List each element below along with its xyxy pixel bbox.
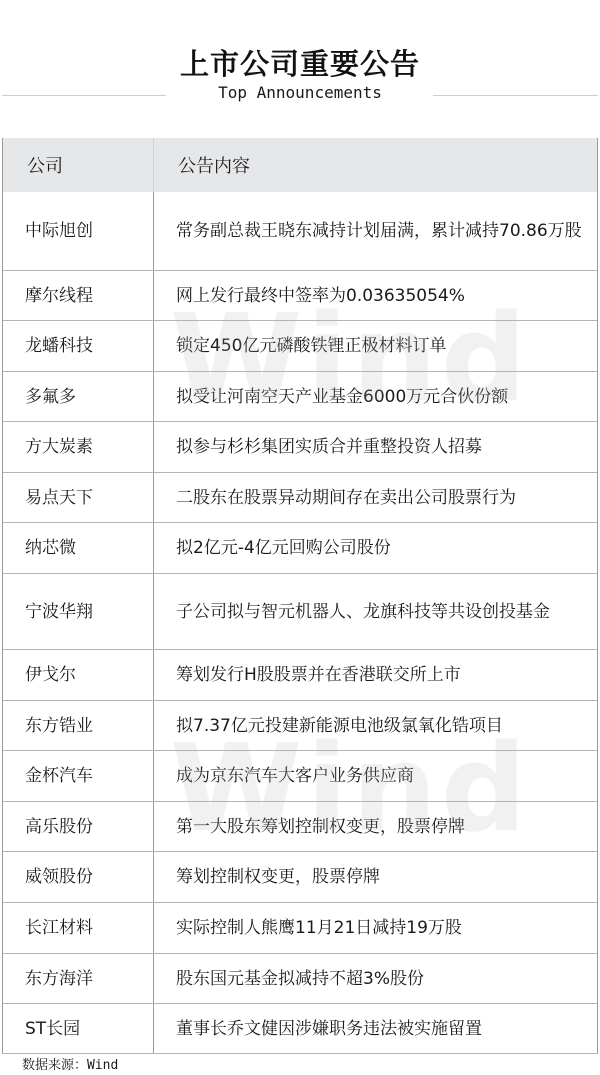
company-name: 龙蟠科技	[3, 321, 154, 371]
table-row: 易点天下二股东在股票异动期间存在卖出公司股票行为	[3, 473, 597, 523]
company-name: 摩尔线程	[3, 271, 154, 320]
title-block: 上市公司重要公告 Top Announcements	[0, 0, 600, 138]
table-row: 高乐股份第一大股东筹划控制权变更，股票停牌	[3, 802, 597, 852]
announcement-content: 董事长乔文健因涉嫌职务违法被实施留置	[154, 1004, 597, 1053]
table-row: 多氟多拟受让河南空天产业基金6000万元合伙份额	[3, 372, 597, 422]
source-label: 数据来源：	[22, 1058, 87, 1073]
announcement-content: 二股东在股票异动期间存在卖出公司股票行为	[154, 473, 597, 522]
table-row: 伊戈尔筹划发行H股股票并在香港联交所上市	[3, 650, 597, 701]
table-row: 龙蟠科技锁定450亿元磷酸铁锂正极材料订单	[3, 321, 597, 372]
company-name: 易点天下	[3, 473, 154, 522]
company-name: 东方锆业	[3, 701, 154, 750]
table-row: 方大炭素拟参与杉杉集团实质合并重整投资人招募	[3, 422, 597, 473]
announcement-content: 筹划控制权变更，股票停牌	[154, 852, 597, 902]
announcements-table: 公司 公告内容 中际旭创常务副总裁王晓东减持计划届满，累计减持70.86万股摩尔…	[2, 138, 598, 1054]
company-name: 金杯汽车	[3, 751, 154, 801]
table-row: ST长园董事长乔文健因涉嫌职务违法被实施留置	[3, 1004, 597, 1054]
data-source-note: 数据来源：Wind	[22, 1054, 118, 1073]
announcement-content: 拟参与杉杉集团实质合并重整投资人招募	[154, 422, 597, 472]
announcement-content: 成为京东汽车大客户业务供应商	[154, 751, 597, 801]
table-row: 纳芯微拟2亿元-4亿元回购公司股份	[3, 523, 597, 574]
announcement-content: 股东国元基金拟减持不超3%股份	[154, 954, 597, 1003]
table-row: 威领股份筹划控制权变更，股票停牌	[3, 852, 597, 903]
column-header-company: 公司	[3, 138, 154, 192]
company-name: 中际旭创	[3, 192, 154, 270]
table-row: 长江材料实际控制人熊鹰11月21日减持19万股	[3, 903, 597, 954]
table-header: 公司 公告内容	[3, 138, 597, 192]
company-name: 方大炭素	[3, 422, 154, 472]
table-row: 东方锆业拟7.37亿元投建新能源电池级氯氧化锆项目	[3, 701, 597, 751]
column-header-content: 公告内容	[154, 138, 597, 192]
source-value: Wind	[87, 1058, 118, 1073]
page-subtitle: Top Announcements	[0, 83, 600, 102]
company-name: 长江材料	[3, 903, 154, 953]
announcement-content: 拟2亿元-4亿元回购公司股份	[154, 523, 597, 573]
page-title: 上市公司重要公告	[0, 42, 600, 83]
company-name: 威领股份	[3, 852, 154, 902]
announcement-content: 常务副总裁王晓东减持计划届满，累计减持70.86万股	[154, 192, 597, 270]
announcement-content: 拟受让河南空天产业基金6000万元合伙份额	[154, 372, 597, 421]
company-name: 伊戈尔	[3, 650, 154, 700]
announcement-content: 筹划发行H股股票并在香港联交所上市	[154, 650, 597, 700]
announcement-content: 锁定450亿元磷酸铁锂正极材料订单	[154, 321, 597, 371]
company-name: 高乐股份	[3, 802, 154, 851]
company-name: 东方海洋	[3, 954, 154, 1003]
table-row: 摩尔线程网上发行最终中签率为0.03635054%	[3, 271, 597, 321]
announcement-content: 子公司拟与智元机器人、龙旗科技等共设创投基金	[154, 574, 597, 649]
announcement-content: 拟7.37亿元投建新能源电池级氯氧化锆项目	[154, 701, 597, 750]
announcement-content: 第一大股东筹划控制权变更，股票停牌	[154, 802, 597, 851]
table-row: 东方海洋股东国元基金拟减持不超3%股份	[3, 954, 597, 1004]
company-name: 宁波华翔	[3, 574, 154, 649]
announcement-content: 实际控制人熊鹰11月21日减持19万股	[154, 903, 597, 953]
announcement-content: 网上发行最终中签率为0.03635054%	[154, 271, 597, 320]
company-name: 多氟多	[3, 372, 154, 421]
table-row: 中际旭创常务副总裁王晓东减持计划届满，累计减持70.86万股	[3, 192, 597, 271]
table-row: 宁波华翔子公司拟与智元机器人、龙旗科技等共设创投基金	[3, 574, 597, 650]
company-name: 纳芯微	[3, 523, 154, 573]
table-body: 中际旭创常务副总裁王晓东减持计划届满，累计减持70.86万股摩尔线程网上发行最终…	[3, 192, 597, 1054]
company-name: ST长园	[3, 1004, 154, 1053]
title-divider-right	[433, 95, 598, 96]
table-row: 金杯汽车成为京东汽车大客户业务供应商	[3, 751, 597, 802]
